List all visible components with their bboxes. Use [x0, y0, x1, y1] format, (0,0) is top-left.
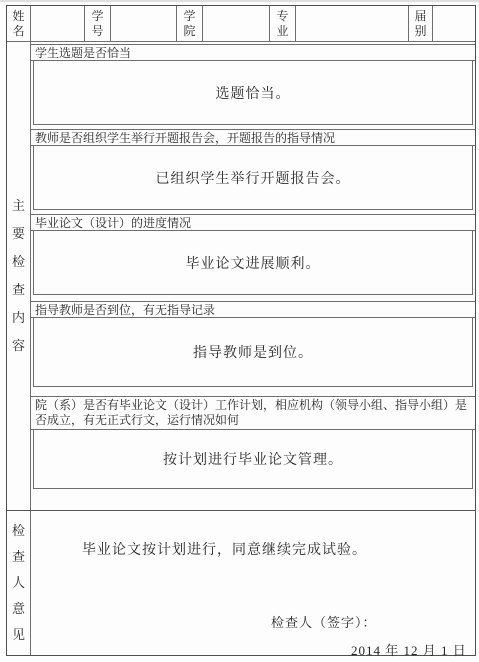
check-question: 院（系）是否有毕业论文（设计）工作计划，相应机构（领导小组、指导小组）是否成立，… — [31, 396, 475, 430]
check-form-table: 姓名 学号 学院 专业 届别 主要检查内容 — [6, 5, 476, 656]
student-id-label-cell: 学号 — [85, 6, 111, 41]
reviewer-row-label-cell: 检查人意见 — [7, 511, 31, 655]
reviewer-row-label: 检查人意见 — [12, 518, 26, 648]
check-section-supervisor: 指导教师是否到位，有无指导记录 指导教师是到位。 — [31, 301, 475, 387]
form-page: 姓名 学号 学院 专业 届别 主要检查内容 — [0, 0, 479, 662]
class-year-label: 届别 — [414, 9, 427, 39]
college-label: 学院 — [183, 9, 196, 39]
class-year-value-cell[interactable] — [433, 6, 475, 41]
check-question: 指导教师是否到位，有无指导记录 — [31, 301, 475, 318]
college-value-cell[interactable] — [203, 6, 270, 41]
major-label-cell: 专业 — [270, 6, 296, 41]
main-check-row-label: 主要检查内容 — [12, 192, 26, 360]
main-check-content: 学生选题是否恰当 选题恰当。 教师是否组织学生举行开题报告会，开题报告的指导情况… — [31, 42, 475, 510]
main-check-row-label-cell: 主要检查内容 — [7, 42, 31, 510]
check-answer[interactable]: 指导教师是到位。 — [33, 317, 473, 387]
student-id-value-cell[interactable] — [111, 6, 177, 41]
reviewer-signature-label[interactable]: 检查人（签字）： — [271, 612, 377, 631]
check-answer[interactable]: 按计划进行毕业论文管理。 — [33, 429, 473, 489]
check-section-topic: 学生选题是否恰当 选题恰当。 — [31, 44, 475, 125]
class-year-label-cell: 届别 — [409, 6, 433, 41]
check-question: 毕业论文（设计）的进度情况 — [31, 214, 475, 231]
name-label: 姓名 — [12, 9, 25, 39]
reviewer-opinion-row: 检查人意见 毕业论文按计划进行，同意继续完成试验。 检查人（签字）： 2014 … — [7, 510, 475, 655]
check-answer[interactable]: 毕业论文进展顺利。 — [33, 230, 473, 295]
main-check-row: 主要检查内容 学生选题是否恰当 选题恰当。 教师是否组织学生举行开题报告会，开题… — [7, 42, 475, 510]
name-label-cell: 姓名 — [7, 6, 31, 41]
major-value-cell[interactable] — [296, 6, 409, 41]
scan-edge-artifact — [0, 0, 479, 2]
header-row: 姓名 学号 学院 专业 届别 — [7, 6, 475, 42]
check-section-progress: 毕业论文（设计）的进度情况 毕业论文进展顺利。 — [31, 214, 475, 295]
major-label: 专业 — [276, 9, 289, 39]
check-answer[interactable]: 选题恰当。 — [33, 60, 473, 125]
check-answer[interactable]: 已组织学生举行开题报告会。 — [33, 145, 473, 210]
name-value-cell[interactable] — [31, 6, 85, 41]
check-section-opening-report: 教师是否组织学生举行开题报告会，开题报告的指导情况 已组织学生举行开题报告会。 — [31, 129, 475, 210]
check-question: 学生选题是否恰当 — [31, 44, 475, 61]
check-question: 教师是否组织学生举行开题报告会，开题报告的指导情况 — [31, 129, 475, 146]
review-date: 2014 年 12 月 1 日 — [351, 640, 467, 659]
reviewer-opinion-content: 毕业论文按计划进行，同意继续完成试验。 检查人（签字）： 2014 年 12 月… — [31, 511, 475, 655]
reviewer-opinion-text: 毕业论文按计划进行，同意继续完成试验。 — [82, 539, 367, 559]
college-label-cell: 学院 — [177, 6, 203, 41]
check-section-work-plan: 院（系）是否有毕业论文（设计）工作计划，相应机构（领导小组、指导小组）是否成立，… — [31, 396, 475, 489]
student-id-label: 学号 — [91, 9, 104, 39]
